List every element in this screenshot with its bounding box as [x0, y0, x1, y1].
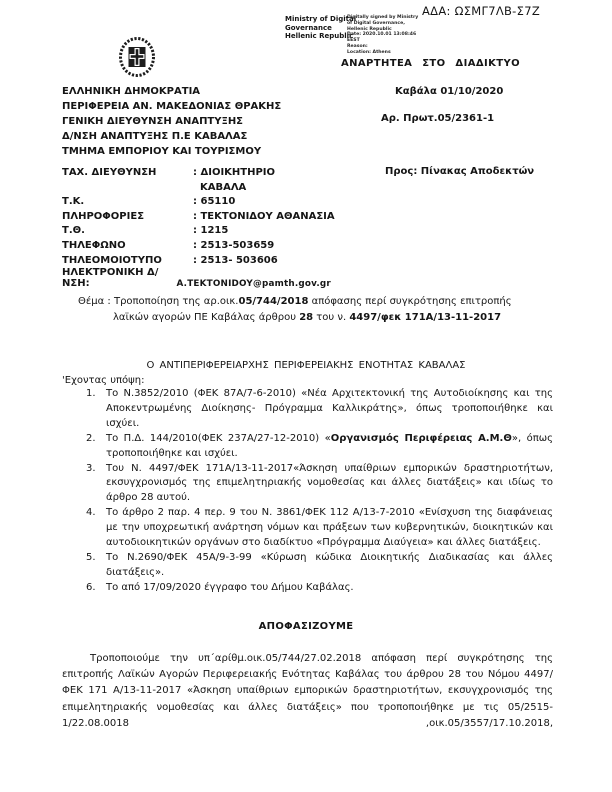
contact-label: ΤΗΛΕΦΩΝΟ [62, 239, 193, 254]
consideration-item: 3.Του Ν. 4497/ΦΕΚ 171Α/13-11-2017«Άσκηση… [86, 462, 553, 507]
item-text: Το άρθρο 2 παρ. 4 περ. 9 του Ν. 3861/ΦΕΚ… [106, 506, 553, 551]
contact-details-block: ΤΑΧ. ΔΙΕΥΘΥΝΣΗ: ΔΙΟΙΚΗΤΗΡΙΟ ΚΑΒΑΛΑΤ.Κ.: … [62, 166, 335, 268]
subject-block: Θέμα : Τροποποίηση της αρ.οικ.05/744/201… [60, 294, 554, 326]
text-segment: Του Ν. 4497/ΦΕΚ 171Α/13-11-2017«Άσκηση υ… [106, 463, 553, 504]
issuing-agency-block: ΕΛΛΗΝΙΚΗ ΔΗΜΟΚΡΑΤΙΑ ΠΕΡΙΦΕΡΕΙΑ ΑΝ. ΜΑΚΕΔ… [62, 84, 281, 159]
item-text: Το Ν.3852/2010 (ΦΕΚ 87Α/7-6-2010) «Νέα Α… [106, 387, 553, 432]
text-segment: 05/744/2018 [238, 296, 308, 307]
contact-value: : 2513- 503606 [193, 254, 278, 269]
contact-row: ΚΑΒΑΛΑ [62, 181, 335, 196]
text-segment: Το από 17/09/2020 έγγραφο του Δήμου Καβά… [106, 582, 354, 593]
email-address: A.TEKTONIDOY@pamth.gov.gr [176, 279, 330, 289]
agency-line: ΠΕΡΙΦΕΡΕΙΑ ΑΝ. ΜΑΚΕΔΟΝΙΑΣ ΘΡΑΚΗΣ [62, 99, 281, 114]
contact-row: Τ.Κ.: 65110 [62, 195, 335, 210]
item-number: 1. [86, 387, 106, 432]
email-line: ΗΛΕΚΤΡΟΝΙΚΗ Δ/ΝΣΗ: A.TEKTONIDOY@pamth.go… [62, 267, 331, 289]
protocol-number: Αρ. Πρωτ.05/2361-1 [381, 113, 494, 124]
text-segment: 4497/φεκ 171Α/13-11-2017 [349, 312, 501, 323]
item-number: 5. [86, 551, 106, 581]
item-number: 6. [86, 581, 106, 596]
contact-value: : 65110 [193, 195, 235, 210]
contact-value: : 2513-503659 [193, 239, 274, 254]
recipient-line: Προς: Πίνακας Αποδεκτών [385, 166, 534, 177]
consideration-item: 2.Το Π.Δ. 144/2010(ΦΕΚ 237Α/27-12-2010) … [86, 432, 553, 462]
text-segment: Το Π.Δ. 144/2010(ΦΕΚ 237Α/27-12-2010) « [106, 433, 331, 444]
contact-label: Τ.Θ. [62, 224, 193, 239]
consideration-item: 5.Το Ν.2690/ΦΕΚ 45Α/9-3-99 «Κύρωση κώδικ… [86, 551, 553, 581]
item-number: 4. [86, 506, 106, 551]
decision-authority-heading: Ο ΑΝΤΙΠΕΡΙΦΕΡΕΙΑΡΧΗΣ ΠΕΡΙΦΕΡΕΙΑΚΗΣ ΕΝΟΤΗ… [0, 360, 612, 371]
digital-signature-details: Digitally signed by Ministry of Digital … [347, 15, 437, 56]
consideration-item: 1.Το Ν.3852/2010 (ΦΕΚ 87Α/7-6-2010) «Νέα… [86, 387, 553, 432]
hellenic-coat-of-arms [117, 35, 157, 79]
considerations-list: 1.Το Ν.3852/2010 (ΦΕΚ 87Α/7-6-2010) «Νέα… [86, 387, 553, 596]
text-segment: λαϊκών αγορών ΠΕ Καβάλας άρθρου [113, 312, 299, 323]
subject-line-1: Θέμα : Τροποποίηση της αρ.οικ.05/744/201… [60, 294, 554, 310]
item-text: Του Ν. 4497/ΦΕΚ 171Α/13-11-2017«Άσκηση υ… [106, 462, 553, 507]
text-segment: Το Ν.3852/2010 (ΦΕΚ 87Α/7-6-2010) «Νέα Α… [106, 388, 553, 429]
place-and-date: Καβάλα 01/10/2020 [395, 86, 503, 97]
text-segment: Θέμα : Τροποποίηση της αρ.οικ. [78, 296, 238, 307]
contact-row: ΤΗΛΕΟΜΟΙΟΤΥΠΟ: 2513- 503606 [62, 254, 335, 269]
decision-body-paragraph: Τροποποιούμε την υπ΄αρίθμ.οικ.05/744/27.… [62, 651, 553, 732]
agency-line: Δ/ΝΣΗ ΑΝΑΠΤΥΞΗΣ Π.Ε ΚΑΒΑΛΑΣ [62, 129, 281, 144]
document-page: ΑΔΑ: ΩΣΜΓ7ΛΒ-Σ7Ζ Ministry of Digital Gov… [0, 0, 612, 792]
contact-value: : ΤΕΚΤΟΝΙΔΟΥ ΑΘΑΝΑΣΙΑ [193, 210, 335, 225]
text-segment: του ν. [313, 312, 349, 323]
item-number: 3. [86, 462, 106, 507]
internet-posting-banner: ΑΝΑΡΤΗΤΕΑ ΣΤΟ ΔΙΑΔΙΚΤΥΟ [0, 58, 520, 69]
ada-code: ΑΔΑ: ΩΣΜΓ7ΛΒ-Σ7Ζ [422, 4, 540, 18]
consideration-item: 6.Το από 17/09/2020 έγγραφο του Δήμου Κα… [86, 581, 553, 596]
text-segment: 28 [299, 312, 313, 323]
decide-heading: ΑΠΟΦΑΣΙΖΟΥΜΕ [0, 621, 612, 632]
text-segment: Οργανισμός Περιφέρειας Α.Μ.Θ [331, 433, 512, 444]
contact-value: : ΔΙΟΙΚΗΤΗΡΙΟ [193, 166, 275, 181]
contact-row: ΠΛΗΡΟΦΟΡΙΕΣ: ΤΕΚΤΟΝΙΔΟΥ ΑΘΑΝΑΣΙΑ [62, 210, 335, 225]
text-segment: Το άρθρο 2 παρ. 4 περ. 9 του Ν. 3861/ΦΕΚ… [106, 507, 553, 548]
consideration-item: 4.Το άρθρο 2 παρ. 4 περ. 9 του Ν. 3861/Φ… [86, 506, 553, 551]
text-segment: Το Ν.2690/ΦΕΚ 45Α/9-3-99 «Κύρωση κώδικα … [106, 552, 553, 578]
agency-line: ΓΕΝΙΚΗ ΔΙΕΥΘΥΝΣΗ ΑΝΑΠΤΥΞΗΣ [62, 114, 281, 129]
contact-row: ΤΑΧ. ΔΙΕΥΘΥΝΣΗ: ΔΙΟΙΚΗΤΗΡΙΟ [62, 166, 335, 181]
contact-label: Τ.Κ. [62, 195, 193, 210]
contact-value: : 1215 [193, 224, 228, 239]
email-label: ΗΛΕΚΤΡΟΝΙΚΗ Δ/ΝΣΗ: [62, 267, 173, 289]
digital-governance-stamp-title: Ministry of Digital Governance Hellenic … [285, 15, 356, 41]
agency-line: ΤΜΗΜΑ ΕΜΠΟΡΙΟΥ ΚΑΙ ΤΟΥΡΙΣΜΟΥ [62, 144, 281, 159]
having-regard-label: 'Εχοντας υπόψη: [62, 375, 144, 386]
subject-line-2: λαϊκών αγορών ΠΕ Καβάλας άρθρου 28 του ν… [60, 310, 554, 326]
coat-of-arms-icon [117, 35, 157, 79]
contact-label [62, 181, 193, 196]
item-text: Το από 17/09/2020 έγγραφο του Δήμου Καβά… [106, 581, 553, 596]
contact-row: Τ.Θ.: 1215 [62, 224, 335, 239]
contact-label: ΤΑΧ. ΔΙΕΥΘΥΝΣΗ [62, 166, 193, 181]
contact-label: ΤΗΛΕΟΜΟΙΟΤΥΠΟ [62, 254, 193, 269]
item-text: Το Ν.2690/ΦΕΚ 45Α/9-3-99 «Κύρωση κώδικα … [106, 551, 553, 581]
contact-label: ΠΛΗΡΟΦΟΡΙΕΣ [62, 210, 193, 225]
item-number: 2. [86, 432, 106, 462]
item-text: Το Π.Δ. 144/2010(ΦΕΚ 237Α/27-12-2010) «Ο… [106, 432, 553, 462]
agency-line: ΕΛΛΗΝΙΚΗ ΔΗΜΟΚΡΑΤΙΑ [62, 84, 281, 99]
text-segment: απόφασης περί συγκρότησης επιτροπής [308, 296, 511, 307]
contact-row: ΤΗΛΕΦΩΝΟ: 2513-503659 [62, 239, 335, 254]
contact-value: ΚΑΒΑΛΑ [193, 181, 246, 196]
